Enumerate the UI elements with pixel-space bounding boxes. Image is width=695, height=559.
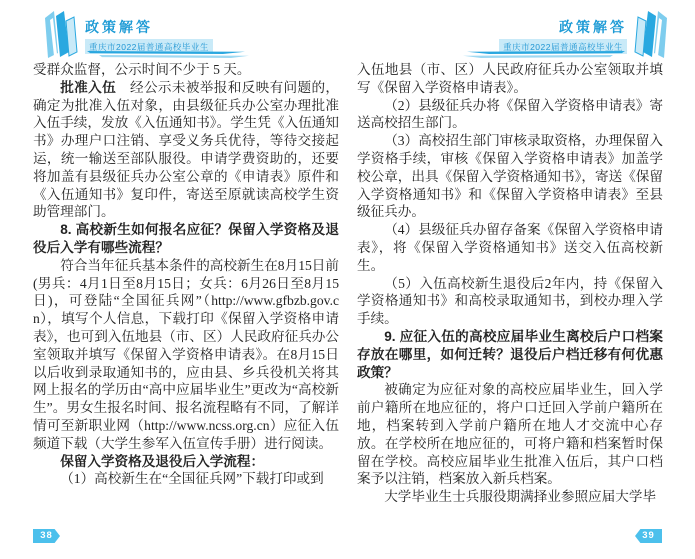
paragraph: 入伍地县（市、区）人民政府征兵办公室领取并填写《保留入学资格申请表》。 (357, 61, 663, 97)
paragraph: 9. 应征入伍的高校应届毕业生离校后户口档案存放在哪里，如何迁转？退役后户档迁移… (357, 328, 663, 381)
paragraph: （2）县级征兵办将《保留入学资格申请表》寄送高校招生部门。 (357, 97, 663, 133)
page-number-badge-38: 38 (33, 529, 60, 543)
swoosh-divider (99, 55, 249, 58)
page-header-right: 政策解答 重庆市2022届普通高校毕业生 (499, 8, 668, 62)
swoosh-divider (463, 55, 613, 58)
header-text-block: 政策解答 重庆市2022届普通高校毕业生 (499, 8, 627, 62)
paragraph: 受群众监督，公示时间不少于 5 天。 (33, 61, 339, 79)
bold-text-run: 批准入伍 (60, 80, 116, 95)
text-run: （3）高校招生部门审核录取资格，办理保留入学资格手续，审核《保留入学资格申请表》… (357, 133, 663, 219)
paragraph: （1）高校新生在“全国征兵网”下载打印或到 (33, 470, 339, 488)
text-run: （4）县级征兵办留存备案《保留入学资格申请表》，将《保留入学资格通知书》送交入伍… (357, 222, 663, 273)
text-run: 符合当年征兵基本条件的高校新生在8月15日前(男兵：4月1日至8月15日；女兵：… (33, 258, 339, 451)
paragraph: （3）高校招生部门审核录取资格，办理保留入学资格手续，审核《保留入学资格申请表》… (357, 132, 663, 221)
header-title: 政策解答 (85, 17, 213, 37)
books-logo-icon (632, 8, 668, 58)
paragraph: （5）入伍高校新生退役后2年内，持《保留入学资格通知书》和高校录取通知书，到校办… (357, 275, 663, 328)
paragraph: 8. 高校新生如何报名应征？保留入学资格及退役后入学有哪些流程？ (33, 221, 339, 257)
booklet-spread: 政策解答 重庆市2022届普通高校毕业生 政策解答 重庆市2022届普通高校毕业… (0, 0, 695, 559)
text-run: 受群众监督，公示时间不少于 5 天。 (33, 62, 251, 77)
text-run: （2）县级征兵办将《保留入学资格申请表》寄送高校招生部门。 (357, 98, 663, 131)
text-run: 被确定为应征对象的高校应届毕业生，回入学前户籍所在地应征的，将户口迁回入学前户籍… (357, 382, 663, 486)
paragraph: 保留入学资格及退役后入学流程： (33, 453, 339, 471)
paragraph: （4）县级征兵办留存备案《保留入学资格申请表》，将《保留入学资格通知书》送交入伍… (357, 221, 663, 274)
paragraph: 符合当年征兵基本条件的高校新生在8月15日前(男兵：4月1日至8月15日；女兵：… (33, 257, 339, 453)
bold-text-run: 保留入学资格及退役后入学流程： (60, 454, 264, 469)
bold-text-run: 9. 应征入伍的高校应届毕业生离校后户口档案存放在哪里，如何迁转？退役后户档迁移… (357, 329, 663, 380)
page-39-text-column: 入伍地县（市、区）人民政府征兵办公室领取并填写《保留入学资格申请表》。（2）县级… (357, 61, 663, 506)
books-logo-icon (44, 8, 80, 58)
paragraph: 批准入伍 经公示未被举报和反映有问题的，确定为批准入伍对象，由县级征兵办公室办理… (33, 79, 339, 221)
text-run: （1）高校新生在“全国征兵网”下载打印或到 (60, 471, 324, 486)
bold-text-run: 8. 高校新生如何报名应征？保留入学资格及退役后入学有哪些流程？ (33, 222, 339, 255)
page-number-badge-39: 39 (635, 529, 662, 543)
paragraph: 被确定为应征对象的高校应届毕业生，回入学前户籍所在地应征的，将户口迁回入学前户籍… (357, 381, 663, 488)
header-text-block: 政策解答 重庆市2022届普通高校毕业生 (85, 8, 213, 62)
page-38-text-column: 受群众监督，公示时间不少于 5 天。批准入伍 经公示未被举报和反映有问题的，确定… (33, 61, 339, 488)
paragraph: 大学毕业生士兵服役期满择业参照应届大学毕 (357, 488, 663, 506)
text-run: （5）入伍高校新生退役后2年内，持《保留入学资格通知书》和高校录取通知书，到校办… (357, 276, 663, 327)
text-run: 经公示未被举报和反映有问题的，确定为批准入伍对象，由县级征兵办公室办理批准入伍手… (33, 80, 339, 220)
text-run: 大学毕业生士兵服役期满择业参照应届大学毕 (384, 489, 656, 504)
page-header-left: 政策解答 重庆市2022届普通高校毕业生 (44, 8, 213, 62)
header-title: 政策解答 (499, 17, 627, 37)
text-run: 入伍地县（市、区）人民政府征兵办公室领取并填写《保留入学资格申请表》。 (357, 62, 663, 95)
